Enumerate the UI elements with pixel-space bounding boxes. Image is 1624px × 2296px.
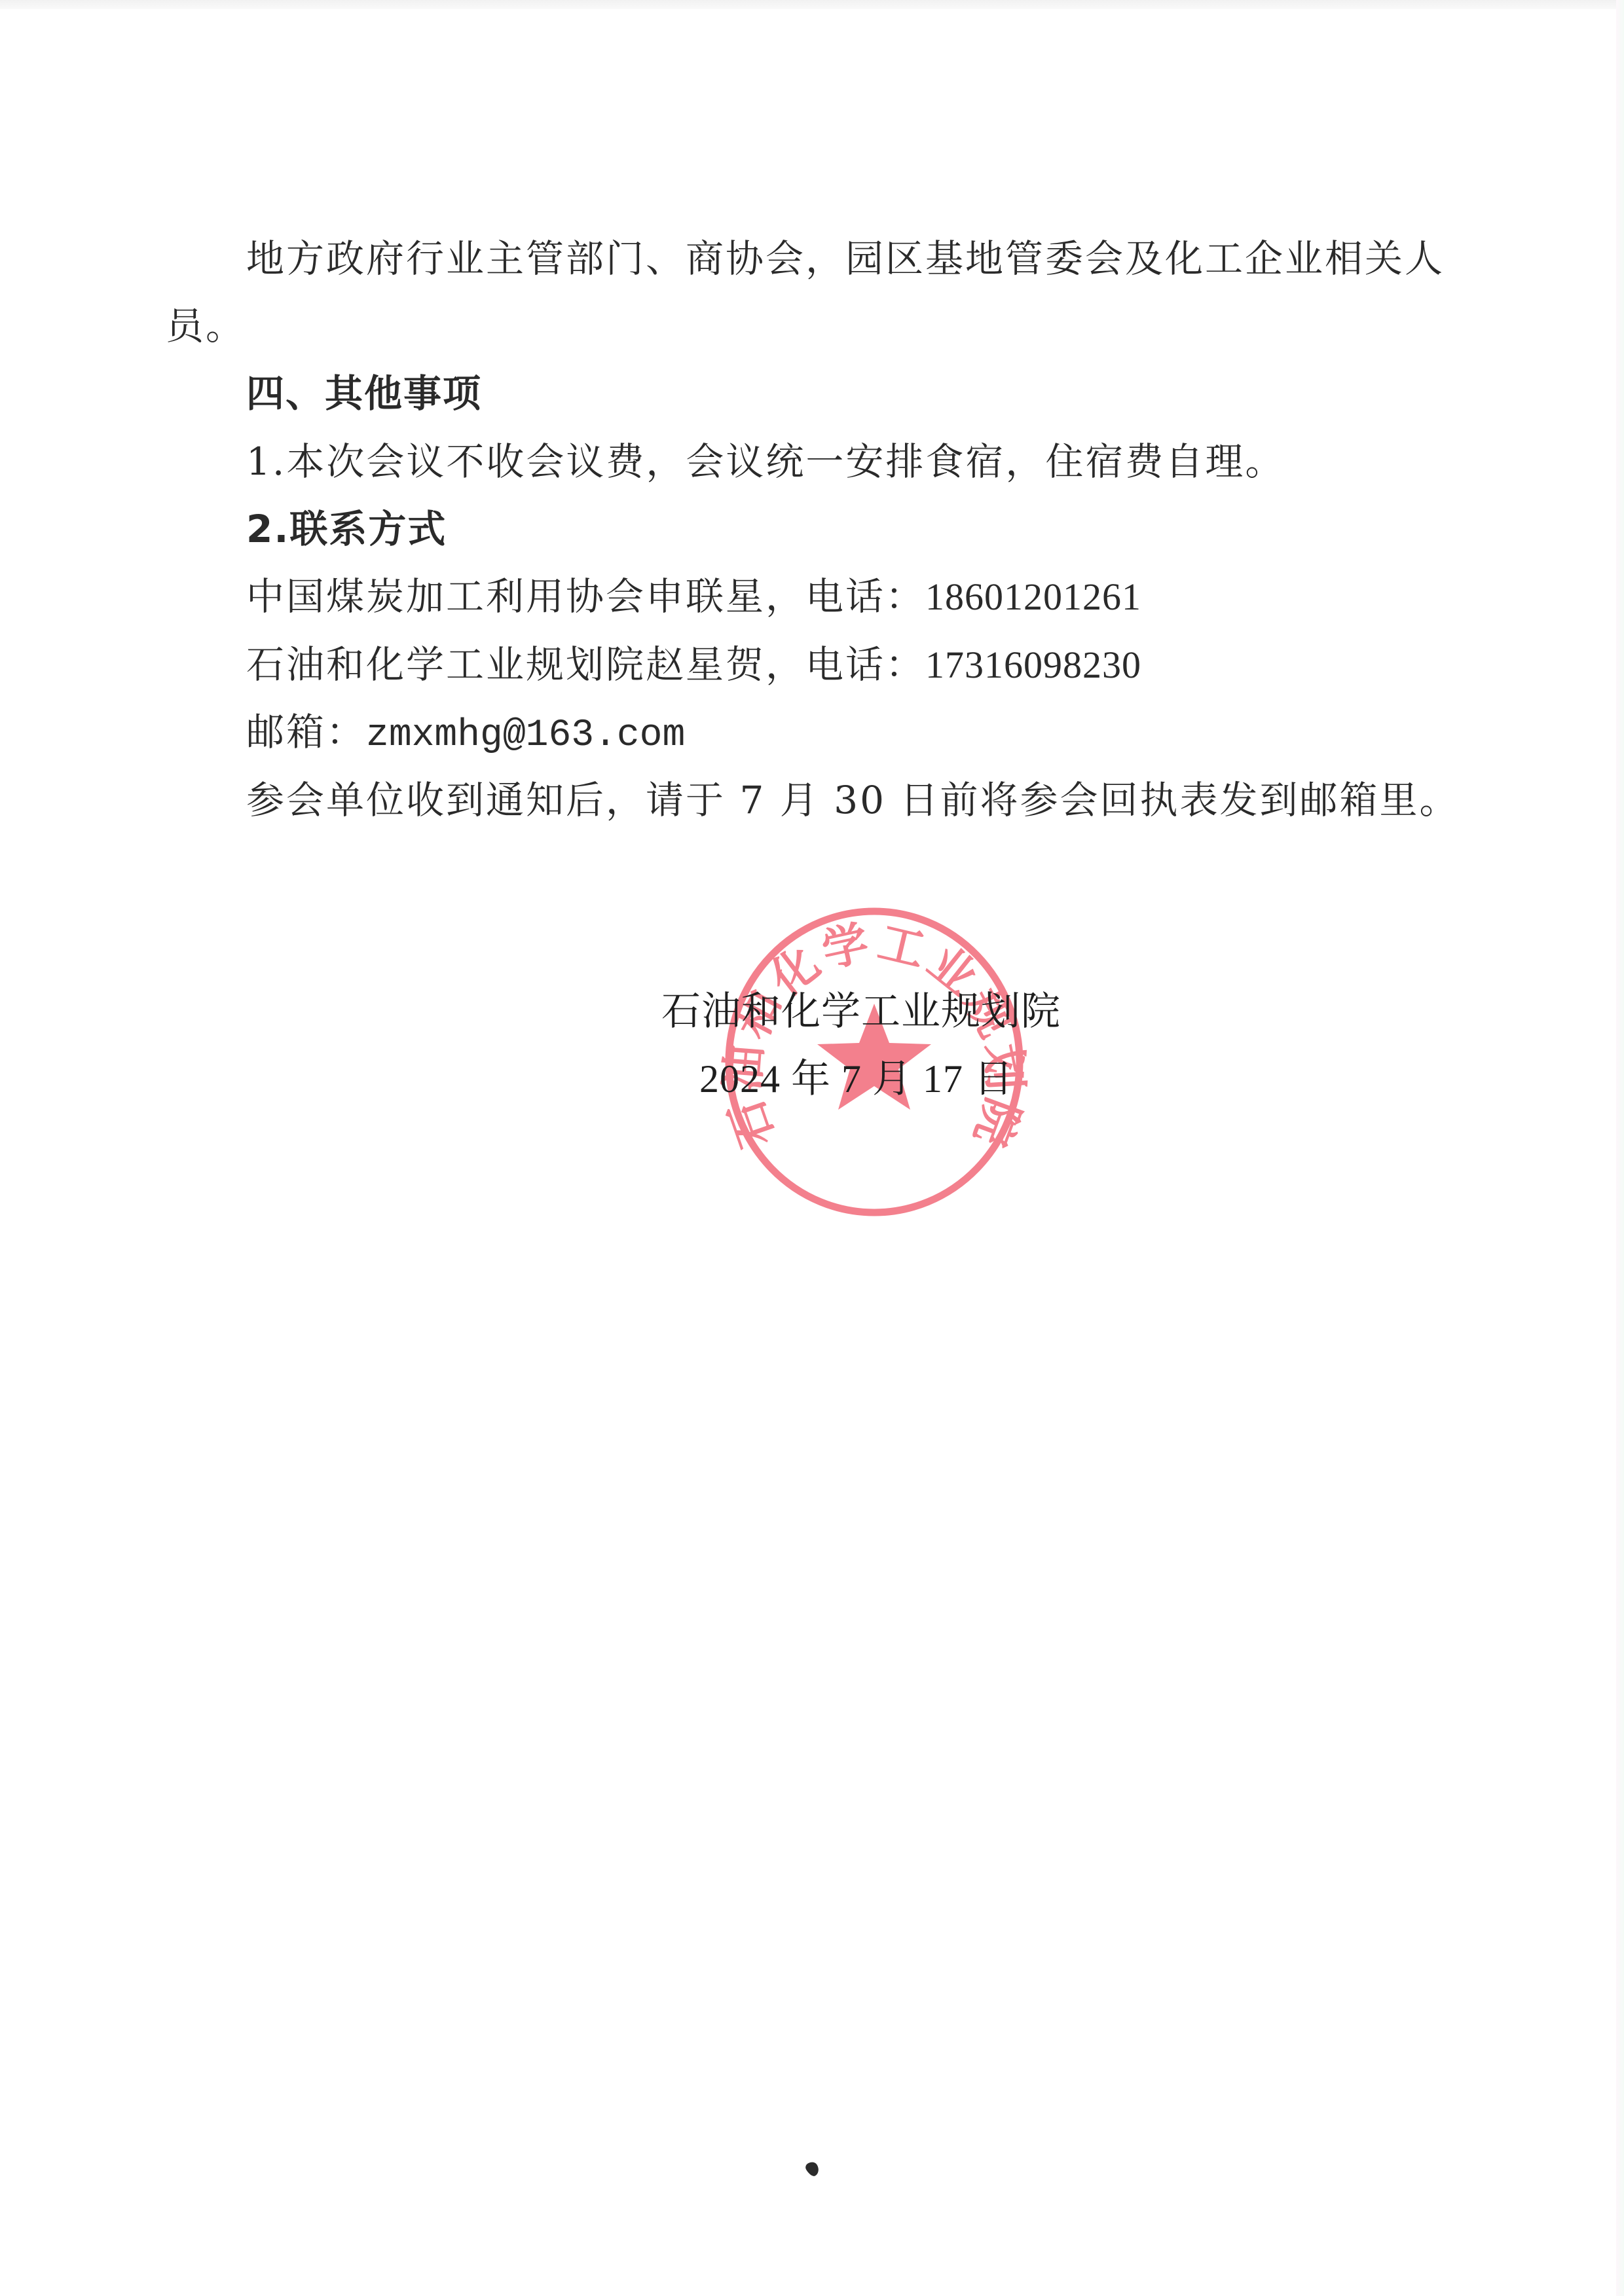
scan-speck	[804, 2160, 822, 2178]
contact-2-label: 石油和化学工业规划院赵星贺，电话：	[246, 642, 925, 687]
paragraph-line-1: 地方政府行业主管部门、商协会，园区基地管委会及化工企业相关人	[246, 237, 1445, 280]
contact-1-phone: 18601201261	[925, 575, 1141, 618]
signature-organization: 石油和化学工业规划院	[661, 990, 1061, 1033]
contact-1-label: 中国煤炭加工利用协会申联星，电话：	[246, 574, 925, 619]
item-2-contact-heading: 2.联系方式	[246, 507, 447, 551]
stamp-text: 石油和化学工业规划院	[720, 915, 1028, 1156]
contact-line-1: 中国煤炭加工利用协会申联星，电话：18601201261	[246, 575, 1141, 619]
deadline-note: 参会单位收到通知后，请于 7 月 30 日前将参会回执表发到邮箱里。	[246, 778, 1459, 822]
paragraph-line-2: 员。	[166, 304, 246, 348]
email-address: zmxmhg@163.com	[366, 714, 685, 757]
contact-2-phone: 17316098230	[925, 644, 1141, 686]
section-heading-other-matters: 四、其他事项	[246, 372, 482, 415]
scan-edge-right	[1616, 0, 1624, 2296]
signature-date: 2024 年 7 月 17 日	[699, 1057, 1014, 1101]
contact-line-2: 石油和化学工业规划院赵星贺，电话：17316098230	[246, 643, 1141, 687]
email-label: 邮箱：	[246, 710, 366, 754]
item-1-meeting-fees: 1.本次会议不收会议费，会议统一安排食宿，住宿费自理。	[246, 440, 1285, 483]
document-page: 地方政府行业主管部门、商协会，园区基地管委会及化工企业相关人 员。 四、其他事项…	[0, 0, 1624, 2296]
email-line: 邮箱：zmxmhg@163.com	[246, 710, 685, 757]
svg-text:石油和化学工业规划院: 石油和化学工业规划院	[720, 915, 1028, 1156]
scan-edge-top	[0, 0, 1624, 9]
